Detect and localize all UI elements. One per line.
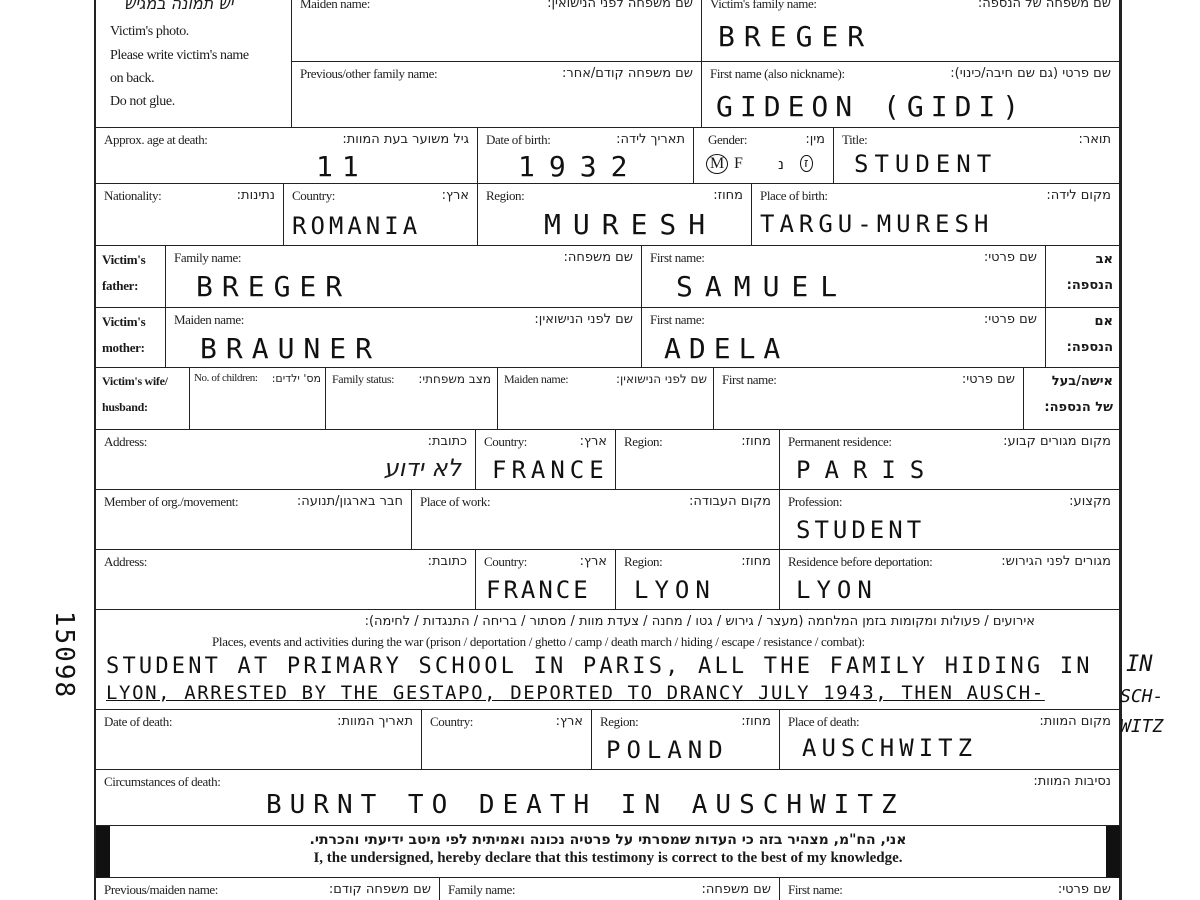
residence-before-deportation-value: LYON: [796, 576, 878, 604]
label-he: שם פרטי (גם שם חיבה/כינוי):: [950, 66, 1111, 81]
gender-option-he-f[interactable]: נ: [778, 155, 784, 173]
label-en: Nationality:: [104, 188, 161, 204]
label-en: Country:: [484, 434, 527, 450]
gender-option-m[interactable]: M: [706, 154, 728, 174]
permanent-address-field[interactable]: Address: כתובת: לא ידוע: [96, 430, 476, 490]
testimony-form: יש תמונה במגיש Victim's photo. Please wr…: [94, 0, 1122, 900]
label-en: Family name:: [448, 882, 515, 898]
gender-field[interactable]: Gender: מין: M F נ ז: [694, 128, 834, 184]
label-en: First name (also nickname):: [710, 66, 845, 82]
label-he: מין:: [805, 132, 825, 147]
first-name-value: GIDEON (GIDI): [716, 90, 1026, 123]
photo-box: יש תמונה במגיש Victim's photo. Please wr…: [96, 0, 292, 128]
label-he: שם משפחה קודם:: [329, 882, 431, 897]
label-he: שם פרטי:: [1058, 882, 1111, 897]
place-of-birth-value: TARGU-MURESH: [760, 210, 993, 238]
deportation-country-field[interactable]: Country: ארץ: FRANCE: [476, 550, 616, 610]
spouse-side-label-he: אישה/בעל של הנספה:: [1024, 368, 1120, 430]
spouse-first-name-field[interactable]: First name: שם פרטי:: [714, 368, 1024, 430]
gender-option-he-m[interactable]: ז: [800, 155, 813, 172]
age-value: 11: [316, 150, 368, 183]
label-en: Residence before deportation:: [788, 554, 932, 570]
label-en: Country:: [430, 714, 473, 730]
label-he: שם לפני הנישואין:: [616, 372, 707, 386]
place-of-death-field[interactable]: Place of death: מקום המוות: AUSCHWITZ: [780, 710, 1120, 770]
mother-first-name-field[interactable]: First name: שם פרטי: ADELA: [642, 308, 1046, 368]
label-en: Gender:: [708, 132, 747, 148]
declaration-he: אני, הח"מ, מצהיר בזה כי העדות שמסרתי על …: [110, 832, 1106, 848]
label-he: מחוז:: [741, 434, 771, 449]
label-en: No. of children:: [194, 372, 258, 384]
label-en: Approx. age at death:: [104, 132, 208, 148]
gender-option-f[interactable]: F: [734, 155, 743, 173]
war-label-he: אירועים / פעולות ומקומות בזמן המלחמה (מע…: [365, 614, 1035, 629]
dob-value: 1932: [518, 150, 641, 183]
label-he: שם פרטי:: [984, 312, 1037, 327]
label-en: Title:: [842, 132, 867, 148]
label-he: מקום מגורים קבוע:: [1003, 434, 1111, 449]
label-he: שם לפני הנישואין:: [534, 312, 633, 327]
permanent-address-value: לא ידוע: [384, 454, 461, 482]
label-en: Address:: [104, 554, 147, 570]
submitter-first-name-field[interactable]: First name: שם פרטי:: [780, 878, 1120, 900]
photo-instruction-3: on back.: [110, 71, 154, 87]
label-en: Place of death:: [788, 714, 859, 730]
label-en: Date of death:: [104, 714, 172, 730]
declaration-en: I, the undersigned, hereby declare that …: [110, 850, 1106, 867]
region-of-birth-field[interactable]: Region: מחוז: MURESH: [478, 184, 752, 246]
label-he: מחוז:: [741, 714, 771, 729]
death-country-field[interactable]: Country: ארץ:: [422, 710, 592, 770]
label-en: Circumstances of death:: [104, 774, 220, 790]
father-family-name-value: BREGER: [196, 270, 351, 303]
country-of-birth-field[interactable]: Country: ארץ: ROMANIA: [284, 184, 478, 246]
submitter-previous-name-field[interactable]: Previous/maiden name: שם משפחה קודם:: [96, 878, 440, 900]
label-he: שם משפחה:: [702, 882, 772, 897]
region-value: MURESH: [544, 208, 717, 241]
residence-before-deportation-field[interactable]: Residence before deportation: מגורים לפנ…: [780, 550, 1120, 610]
war-overflow-witz: WITZ: [1120, 716, 1163, 737]
label-en: First name:: [788, 882, 842, 898]
label-en: Country:: [292, 188, 335, 204]
mother-maiden-name-field[interactable]: Maiden name: שם לפני הנישואין: BRAUNER: [166, 308, 642, 368]
label-he: שם משפחה לפני הנישואין:: [547, 0, 693, 11]
mother-side-label-he: אם הנספה:: [1046, 308, 1120, 368]
declaration-box: אני, הח"מ, מצהיר בזה כי העדות שמסרתי על …: [96, 826, 1120, 878]
father-side-label: Victim's father:: [96, 246, 166, 308]
label-en: First name:: [722, 372, 776, 388]
deportation-region-field[interactable]: Region: מחוז: LYON: [616, 550, 780, 610]
permanent-region-field[interactable]: Region: מחוז:: [616, 430, 780, 490]
label-en: Maiden name:: [174, 312, 244, 328]
label-en: Maiden name:: [504, 372, 568, 387]
date-of-death-field[interactable]: Date of death: תאריך המוות:: [96, 710, 422, 770]
record-number-margin: 15098: [49, 611, 79, 699]
family-name-field[interactable]: Victim's family name: שם משפחה של הנספה:…: [702, 0, 1120, 62]
label-he: מס' ילדים:: [272, 372, 321, 385]
country-value: ROMANIA: [292, 212, 421, 240]
label-he: שם משפחה של הנספה:: [978, 0, 1111, 11]
maiden-name-field[interactable]: Maiden name: שם משפחה לפני הנישואין:: [292, 0, 702, 62]
label-en: First name:: [650, 250, 704, 266]
photo-instruction-1: Victim's photo.: [110, 24, 189, 40]
label-en: Region:: [624, 434, 662, 450]
label-he: נתינות:: [237, 188, 275, 203]
circumstances-of-death-field[interactable]: Circumstances of death: נסיבות המוות: BU…: [96, 770, 1120, 826]
title-field[interactable]: Title: תואר: STUDENT: [834, 128, 1120, 184]
date-of-birth-field[interactable]: Date of birth: תאריך לידה: 1932: [478, 128, 694, 184]
label-en: Date of birth:: [486, 132, 550, 148]
war-events-line-1: STUDENT AT PRIMARY SCHOOL IN PARIS, ALL …: [106, 654, 1093, 679]
permanent-country-value: FRANCE: [492, 456, 609, 484]
label-en: Previous/maiden name:: [104, 882, 218, 898]
place-of-birth-field[interactable]: Place of birth: מקום לידה: TARGU-MURESH: [752, 184, 1120, 246]
label-en: Region:: [624, 554, 662, 570]
label-en: Maiden name:: [300, 0, 370, 12]
deportation-country-value: FRANCE: [486, 576, 591, 604]
age-at-death-field[interactable]: Approx. age at death: גיל משוער בעת המוו…: [96, 128, 478, 184]
children-field[interactable]: No. of children: מס' ילדים:: [190, 368, 326, 430]
submitter-family-name-field[interactable]: Family name: שם משפחה:: [440, 878, 780, 900]
place-of-death-value: AUSCHWITZ: [802, 734, 977, 762]
label-he: מחוז:: [741, 554, 771, 569]
label-he: מקצוע:: [1069, 494, 1111, 509]
spouse-side-label: Victim's wife/ husband:: [96, 368, 190, 430]
label-en: Family name:: [174, 250, 241, 266]
label-he: כתובת:: [428, 554, 467, 569]
father-first-name-field[interactable]: First name: שם פרטי: SAMUEL: [642, 246, 1046, 308]
label-he: שם משפחה:: [564, 250, 634, 265]
label-he: גיל משוער בעת המוות:: [342, 132, 469, 147]
label-he: חבר בארגון/תנועה:: [297, 494, 403, 509]
permanent-residence-value: PARIS: [796, 456, 938, 484]
label-en: Place of birth:: [760, 188, 828, 204]
label-he: שם משפחה קודם/אחר:: [562, 66, 693, 81]
label-he: שם פרטי:: [962, 372, 1015, 387]
place-of-work-field[interactable]: Place of work: מקום העבודה:: [412, 490, 780, 550]
label-he: מחוז:: [713, 188, 743, 203]
father-side-label-he: אב הנספה:: [1046, 246, 1120, 308]
label-en: First name:: [650, 312, 704, 328]
war-label-en: Places, events and activities during the…: [212, 634, 865, 650]
previous-family-name-field[interactable]: Previous/other family name: שם משפחה קוד…: [292, 62, 702, 128]
label-he: ארץ:: [442, 188, 469, 203]
photo-instruction-4: Do not glue.: [110, 94, 175, 110]
label-he: ארץ:: [580, 554, 607, 569]
label-he: מקום לידה:: [1046, 188, 1111, 203]
profession-value: STUDENT: [796, 516, 925, 544]
member-org-field[interactable]: Member of org./movement: חבר בארגון/תנוע…: [96, 490, 412, 550]
family-name-value: BREGER: [718, 20, 873, 53]
first-name-field[interactable]: First name (also nickname): שם פרטי (גם …: [702, 62, 1120, 128]
permanent-country-field[interactable]: Country: ארץ: FRANCE: [476, 430, 616, 490]
deportation-region-value: LYON: [634, 576, 716, 604]
label-en: Previous/other family name:: [300, 66, 437, 82]
permanent-residence-field[interactable]: Permanent residence: מקום מגורים קבוע: P…: [780, 430, 1120, 490]
label-en: Region:: [486, 188, 524, 204]
mother-maiden-name-value: BRAUNER: [200, 332, 381, 365]
label-he: תאריך לידה:: [616, 132, 685, 147]
label-en: Permanent residence:: [788, 434, 892, 450]
war-overflow-in: IN: [1126, 652, 1153, 677]
mother-first-name-value: ADELA: [664, 332, 788, 365]
label-he: מגורים לפני הגירוש:: [1001, 554, 1111, 569]
label-he: תואר:: [1079, 132, 1112, 147]
death-region-field[interactable]: Region: מחוז: POLAND: [592, 710, 780, 770]
label-he: שם פרטי:: [984, 250, 1037, 265]
label-en: Family status:: [332, 372, 394, 387]
label-en: Victim's family name:: [710, 0, 817, 12]
mother-side-label: Victim's mother:: [96, 308, 166, 368]
label-he: ארץ:: [580, 434, 607, 449]
spouse-maiden-name-field[interactable]: Maiden name: שם לפני הנישואין:: [498, 368, 714, 430]
label-he: מצב משפחתי:: [418, 372, 491, 386]
label-en: Profession:: [788, 494, 842, 510]
profession-field[interactable]: Profession: מקצוע: STUDENT: [780, 490, 1120, 550]
label-en: Region:: [600, 714, 638, 730]
label-he: מקום המוות:: [1039, 714, 1111, 729]
label-en: Address:: [104, 434, 147, 450]
label-he: ארץ:: [556, 714, 583, 729]
label-he: נסיבות המוות:: [1033, 774, 1111, 789]
nationality-field[interactable]: Nationality: נתינות:: [96, 184, 284, 246]
label-en: Member of org./movement:: [104, 494, 238, 510]
deportation-address-field[interactable]: Address: כתובת:: [96, 550, 476, 610]
photo-instruction-2: Please write victim's name: [110, 48, 249, 64]
label-he: תאריך המוות:: [337, 714, 413, 729]
photo-hebrew-note: יש תמונה במגיש: [124, 0, 233, 13]
family-status-field[interactable]: Family status: מצב משפחתי:: [326, 368, 498, 430]
war-overflow-sch: SCH-: [1120, 686, 1163, 707]
father-family-name-field[interactable]: Family name: שם משפחה: BREGER: [166, 246, 642, 308]
label-en: Place of work:: [420, 494, 490, 510]
war-events-field[interactable]: אירועים / פעולות ומקומות בזמן המלחמה (מע…: [96, 610, 1120, 710]
title-value: STUDENT: [854, 150, 997, 178]
label-he: כתובת:: [428, 434, 467, 449]
father-first-name-value: SAMUEL: [676, 270, 849, 303]
label-he: מקום העבודה:: [689, 494, 771, 509]
war-events-line-2: LYON, ARRESTED BY THE GESTAPO, DEPORTED …: [106, 682, 1045, 704]
death-region-value: POLAND: [606, 736, 729, 764]
label-en: Country:: [484, 554, 527, 570]
circumstances-value: BURNT TO DEATH IN AUSCHWITZ: [266, 790, 905, 820]
